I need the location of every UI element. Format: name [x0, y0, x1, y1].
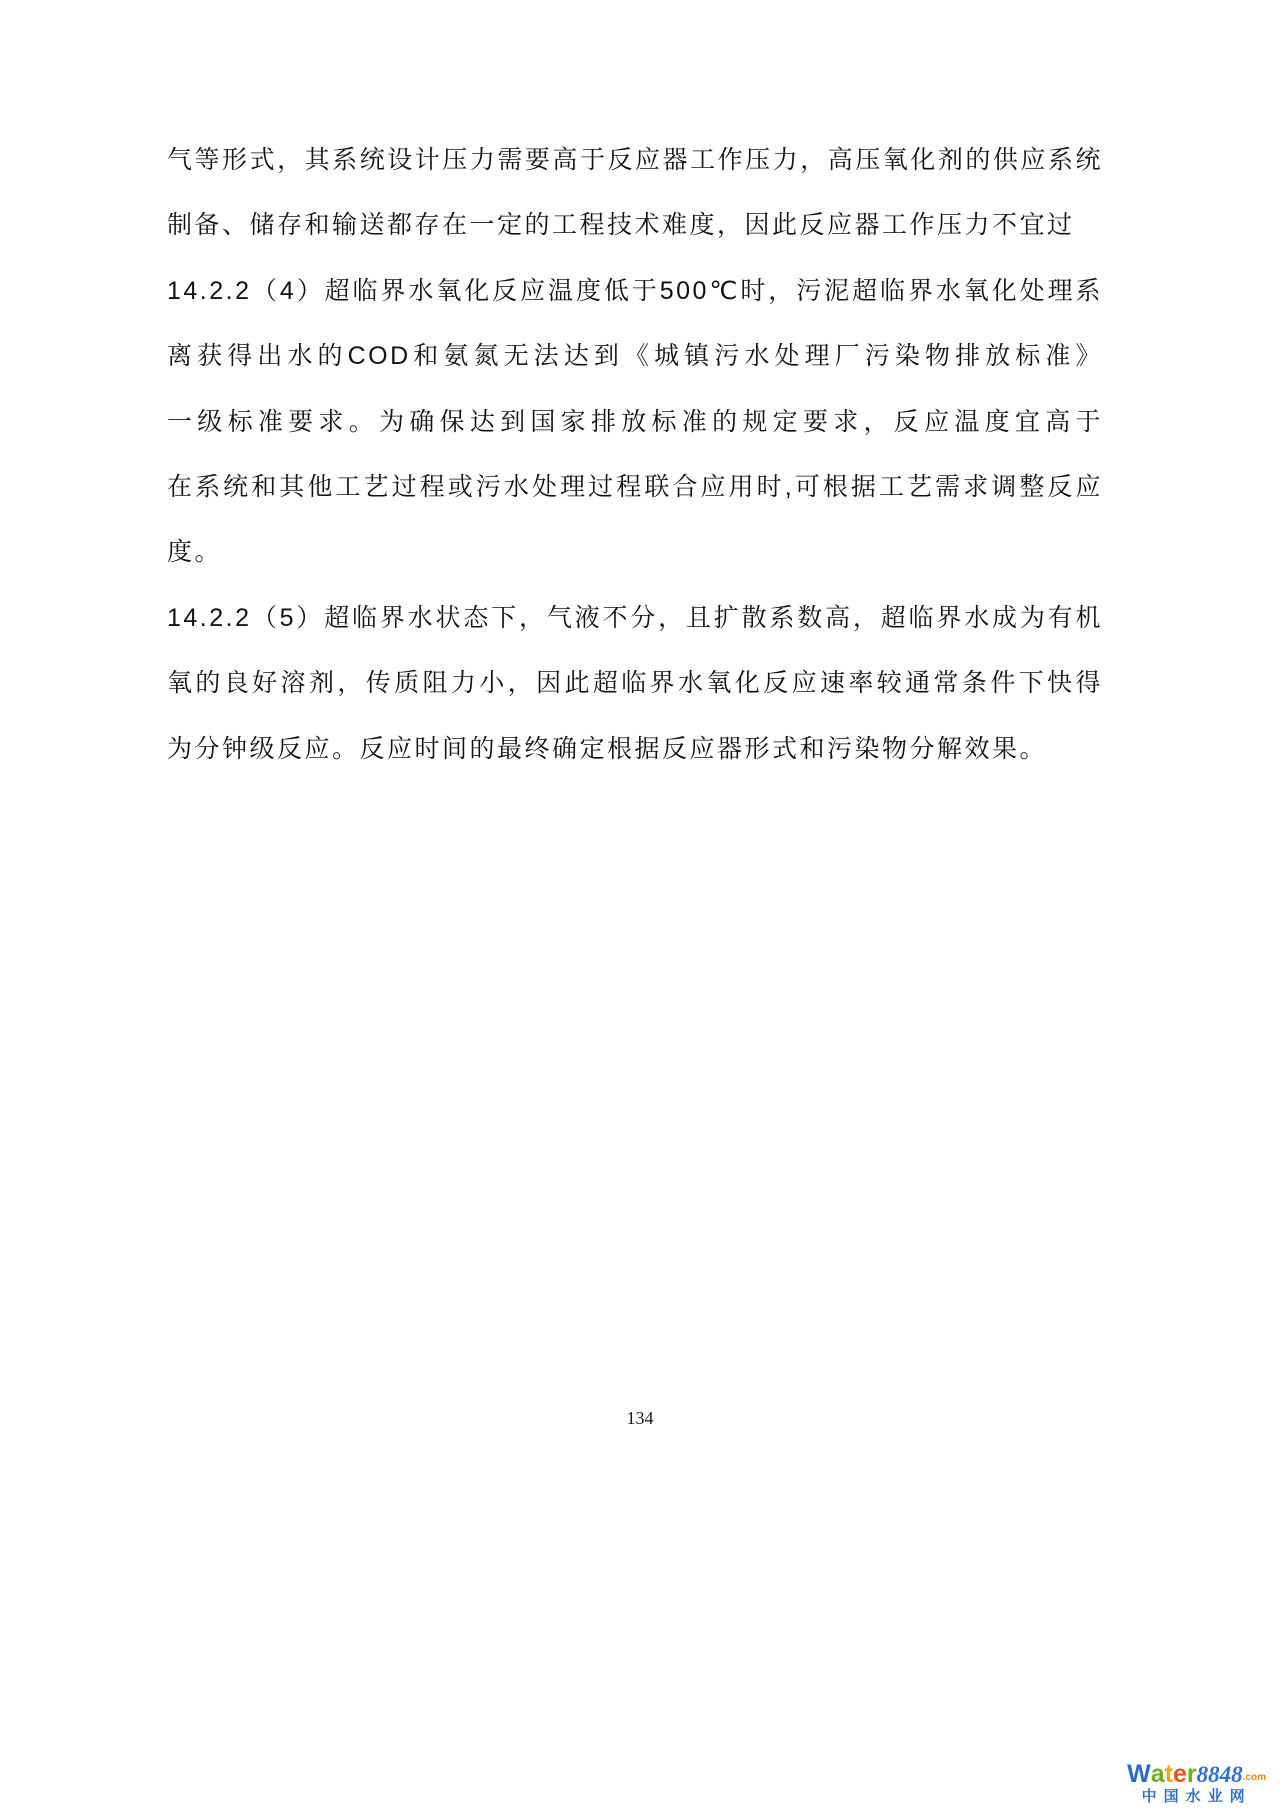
logo-letter: a [1151, 1761, 1165, 1787]
logo-word-water: Water [1127, 1760, 1196, 1788]
text-line: 一级标准要求。为确保达到国家排放标准的规定要求，反应温度宜高于500℃。 [167, 390, 1103, 455]
logo-letter: r [1187, 1761, 1197, 1787]
page-number: 134 [0, 1408, 1280, 1429]
text-line: 在系统和其他工艺过程或污水处理过程联合应用时,可根据工艺需求调整反应温 [167, 455, 1103, 520]
text-line: 度。 [167, 520, 1103, 585]
text-line: 14.2.2（5）超临界水状态下，气液不分，且扩散系数高，超临界水成为有机物和 [167, 586, 1103, 651]
logo-letter: t [1165, 1761, 1173, 1787]
logo-letter: e [1173, 1761, 1187, 1787]
document-page: 气等形式，其系统设计压力需要高于反应器工作压力，高压氧化剂的供应系统的 制备、储… [0, 0, 1280, 1810]
logo-tld: .com [1243, 1772, 1266, 1783]
text-line: 气等形式，其系统设计压力需要高于反应器工作压力，高压氧化剂的供应系统的 [167, 128, 1103, 193]
document-body: 气等形式，其系统设计压力需要高于反应器工作压力，高压氧化剂的供应系统的 制备、储… [167, 128, 1103, 782]
logo-subtitle: 中国水业网 [1127, 1789, 1266, 1805]
text-line: 14.2.2（4）超临界水氧化反应温度低于500℃时，污泥超临界水氧化处理系统分 [167, 259, 1103, 324]
logo-letter: W [1127, 1761, 1151, 1787]
text-line: 为分钟级反应。反应时间的最终确定根据反应器形式和污染物分解效果。 [167, 717, 1103, 782]
text-line: 离获得出水的COD和氨氮无法达到《城镇污水处理厂污染物排放标准》GB18918 [167, 324, 1103, 389]
text-line: 制备、储存和输送都存在一定的工程技术难度，因此反应器工作压力不宜过高。 [167, 193, 1103, 258]
text-line: 氧的良好溶剂，传质阻力小，因此超临界水氧化反应速率较通常条件下快得多， [167, 651, 1103, 716]
water8848-watermark-logo: Water8848.com 中国水业网 [1127, 1761, 1266, 1805]
logo-number: 8848 [1197, 1762, 1243, 1787]
logo-wordmark: Water8848.com [1127, 1761, 1266, 1787]
